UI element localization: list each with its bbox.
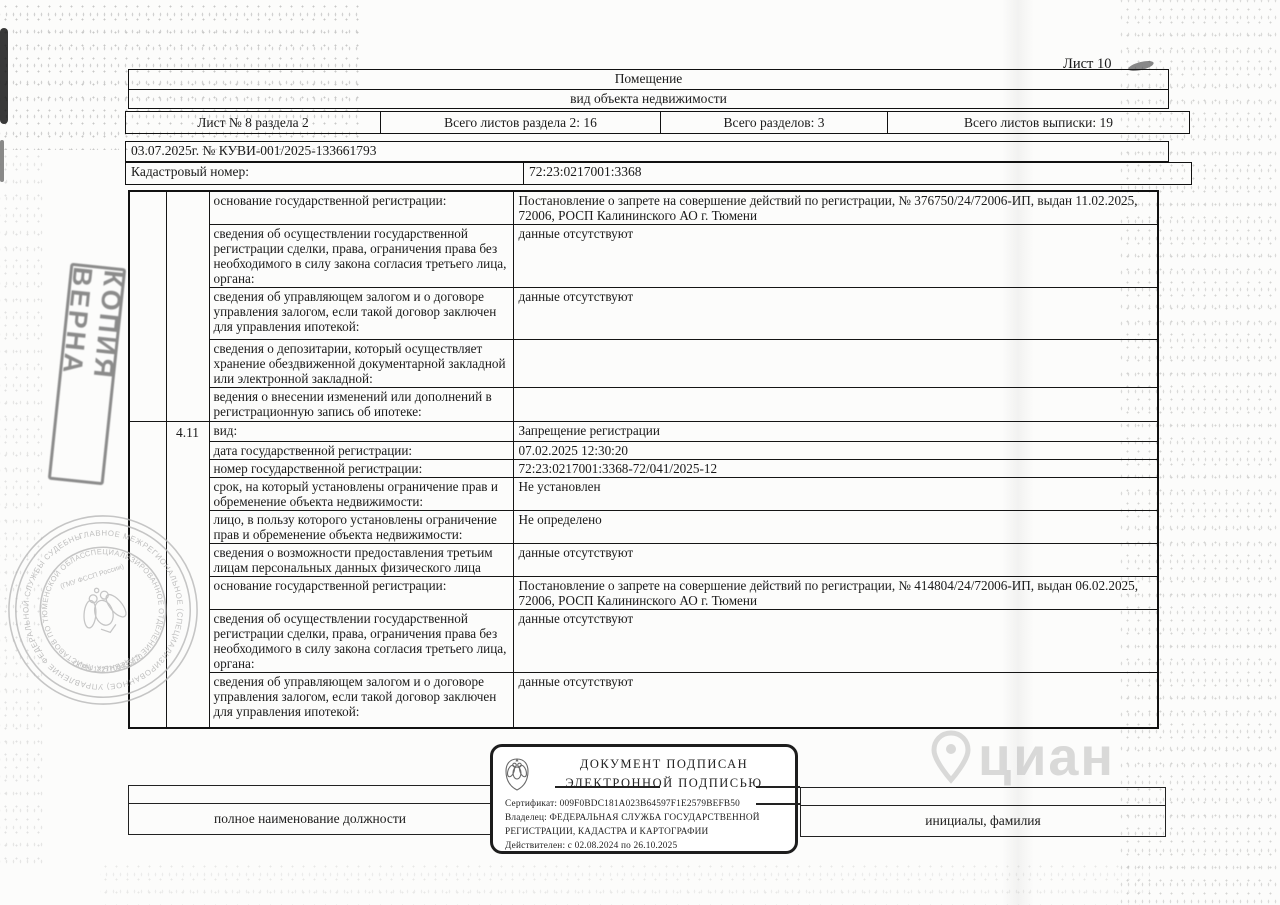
signature-name-line: [801, 788, 1166, 806]
record-label: номер государственной регистрации:: [209, 459, 513, 477]
map-pin-icon: [930, 730, 972, 784]
record-label: основание государственной регистрации:: [209, 191, 513, 225]
record-label: дата государственной регистрации:: [209, 441, 513, 459]
object-type-value: Помещение: [129, 70, 1169, 90]
stamp-crossing-line: [756, 803, 800, 805]
copy-verna-stamp: КОПИЯ ВЕРНА: [48, 263, 126, 486]
record-label: сведения об управляющем залогом и о дого…: [209, 673, 513, 728]
signature-position-caption: полное наименование должности: [129, 804, 492, 835]
sheet-info-cell: Всего листов раздела 2: 16: [381, 112, 661, 134]
record-label: сведения об осуществлении государственно…: [209, 225, 513, 288]
record-label: вид:: [209, 421, 513, 441]
record-value: Постановление о запрете на совершение де…: [513, 191, 1158, 225]
record-value: Не определено: [513, 510, 1158, 543]
signature-position-line: [129, 786, 492, 804]
record-value: данные отсутствуют: [513, 673, 1158, 728]
record-label: сведения о депозитарии, который осуществ…: [209, 340, 513, 388]
record-value: данные отсутствуют: [513, 609, 1158, 672]
scan-edge-mark: [0, 140, 4, 182]
object-type-table: Помещение вид объекта недвижимости: [128, 69, 1169, 109]
watermark-text: циан: [978, 726, 1115, 788]
record-value: 72:23:0217001:3368-72/041/2025-12: [513, 459, 1158, 477]
record-value: Постановление о запрете на совершение де…: [513, 576, 1158, 609]
seal-eagle-icon: [73, 581, 134, 640]
records-table: основание государственной регистрации: П…: [128, 190, 1159, 729]
signature-left-table: полное наименование должности: [128, 785, 492, 835]
request-number: 03.07.2025г. № КУВИ-001/2025-133661793: [126, 142, 1169, 162]
cadastral-number-table: Кадастровый номер: 72:23:0217001:3368: [125, 162, 1192, 185]
signature-right-table: инициалы, фамилия: [800, 787, 1166, 837]
round-seal-stamp: ГЛАВНОЕ МЕЖРЕГИОНАЛЬНОЕ (СПЕЦИАЛИЗИРОВАН…: [5, 512, 201, 708]
cadastral-number-label: Кадастровый номер:: [126, 163, 524, 185]
record-label: срок, на который установлены ограничение…: [209, 477, 513, 510]
record-label: основание государственной регистрации:: [209, 576, 513, 609]
stamp-crossing-line: [555, 786, 660, 788]
seal-outer-ring-text: ГЛАВНОЕ МЕЖРЕГИОНАЛЬНОЕ (СПЕЦИАЛИЗИРОВАН…: [5, 512, 201, 708]
record-value: Не установлен: [513, 477, 1158, 510]
record-index-spacer: [129, 191, 166, 421]
scan-noise-left: [0, 150, 45, 870]
record-label: сведения о возможности предоставления тр…: [209, 543, 513, 576]
record-value: 07.02.2025 12:30:20: [513, 441, 1158, 459]
record-value: данные отсутствуют: [513, 543, 1158, 576]
cadastral-number-value: 72:23:0217001:3368: [524, 163, 1192, 185]
esign-certificate: Сертификат: 009F0BDC181A023B64597F1E2579…: [501, 798, 787, 812]
svg-text:ГЛАВНОЕ МЕЖРЕГИОНАЛЬНОЕ (СПЕЦИ: ГЛАВНОЕ МЕЖРЕГИОНАЛЬНОЕ (СПЕЦИАЛИЗИРОВАН…: [5, 512, 201, 708]
scan-noise-bottom: [100, 860, 1150, 905]
record-label: лицо, в пользу которого установлены огра…: [209, 510, 513, 543]
sheet-info-cell: Всего разделов: 3: [661, 112, 888, 134]
record-label: сведения об осуществлении государственно…: [209, 609, 513, 672]
coat-of-arms-icon: [501, 753, 533, 793]
esign-title-line2: ЭЛЕКТРОННОЙ ПОДПИСЬЮ: [541, 774, 787, 793]
signature-name-caption: инициалы, фамилия: [801, 806, 1166, 837]
record-value: данные отсутствуют: [513, 225, 1158, 288]
object-type-caption: вид объекта недвижимости: [129, 90, 1169, 109]
record-value: данные отсутствуют: [513, 288, 1158, 340]
esign-owner-line1: Владелец: ФЕДЕРАЛЬНАЯ СЛУЖБА ГОСУДАРСТВЕ…: [501, 812, 787, 826]
sheet-info-cell: Лист № 8 раздела 2: [126, 112, 381, 134]
watermark: циан: [930, 726, 1115, 788]
sheet-info-table: Лист № 8 раздела 2 Всего листов раздела …: [125, 111, 1190, 134]
sheet-info-cell: Всего листов выписки: 19: [888, 112, 1190, 134]
esign-owner-line2: РЕГИСТРАЦИИ, КАДАСТРА И КАРТОГРАФИИ: [501, 826, 787, 840]
record-number-cell: [166, 191, 209, 421]
record-value: Запрещение регистрации: [513, 421, 1158, 441]
round-seal-graphic: ГЛАВНОЕ МЕЖРЕГИОНАЛЬНОЕ (СПЕЦИАЛИЗИРОВАН…: [5, 512, 201, 708]
esign-validity: Действителен: с 02.08.2024 по 26.10.2025: [501, 840, 787, 854]
record-label: сведения об управляющем залогом и о дого…: [209, 288, 513, 340]
scan-edge-mark: [0, 28, 8, 124]
record-value: [513, 388, 1158, 421]
record-label: ведения о внесении изменений или дополне…: [209, 388, 513, 421]
stamp-crossing-line: [756, 786, 800, 788]
request-number-table: 03.07.2025г. № КУВИ-001/2025-133661793: [125, 141, 1169, 162]
esign-title-line1: ДОКУМЕНТ ПОДПИСАН: [541, 755, 787, 774]
record-value: [513, 340, 1158, 388]
electronic-signature-stamp: ДОКУМЕНТ ПОДПИСАН ЭЛЕКТРОННОЙ ПОДПИСЬЮ С…: [490, 744, 798, 854]
